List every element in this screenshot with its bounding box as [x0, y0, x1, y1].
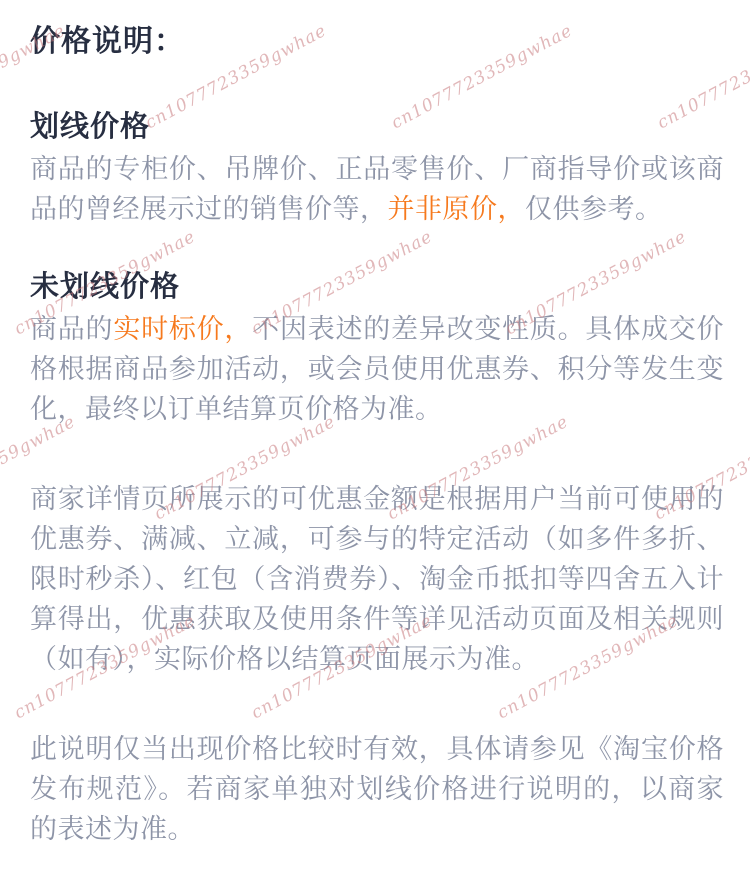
- section-strikethrough-price: 划线价格 商品的专柜价、吊牌价、正品零售价、厂商指导价或该商品的曾经展示过的销售…: [30, 107, 724, 229]
- paragraph-discount-calculation: 商家详情页所展示的可优惠金额是根据用户当前可使用的优惠券、满减、立减，可参与的特…: [30, 479, 724, 679]
- price-explanation-content: 价格说明： 划线价格 商品的专柜价、吊牌价、正品零售价、厂商指导价或该商品的曾经…: [30, 22, 724, 849]
- paragraph-validity-note: 此说明仅当出现价格比较时有效，具体请参见《淘宝价格发布规范》。若商家单独对划线价…: [30, 729, 724, 849]
- highlight-not-original-price: 并非原价，: [388, 194, 526, 224]
- body-text-segment: 仅供参考。: [525, 194, 663, 224]
- unstrikethrough-price-heading: 未划线价格: [30, 267, 724, 307]
- strikethrough-price-body: 商品的专柜价、吊牌价、正品零售价、厂商指导价或该商品的曾经展示过的销售价等，并非…: [30, 149, 724, 229]
- page-title: 价格说明：: [30, 22, 724, 62]
- strikethrough-price-heading: 划线价格: [30, 107, 724, 147]
- body-text-segment: 商品的: [30, 314, 113, 344]
- highlight-realtime-price: 实时标价，: [113, 314, 252, 344]
- price-explanation-page: { "page": { "title": "价格说明：", "sections"…: [0, 0, 750, 880]
- section-unstrikethrough-price: 未划线价格 商品的实时标价，不因表述的差异改变性质。具体成交价格根据商品参加活动…: [30, 267, 724, 429]
- unstrikethrough-price-body: 商品的实时标价，不因表述的差异改变性质。具体成交价格根据商品参加活动，或会员使用…: [30, 309, 724, 429]
